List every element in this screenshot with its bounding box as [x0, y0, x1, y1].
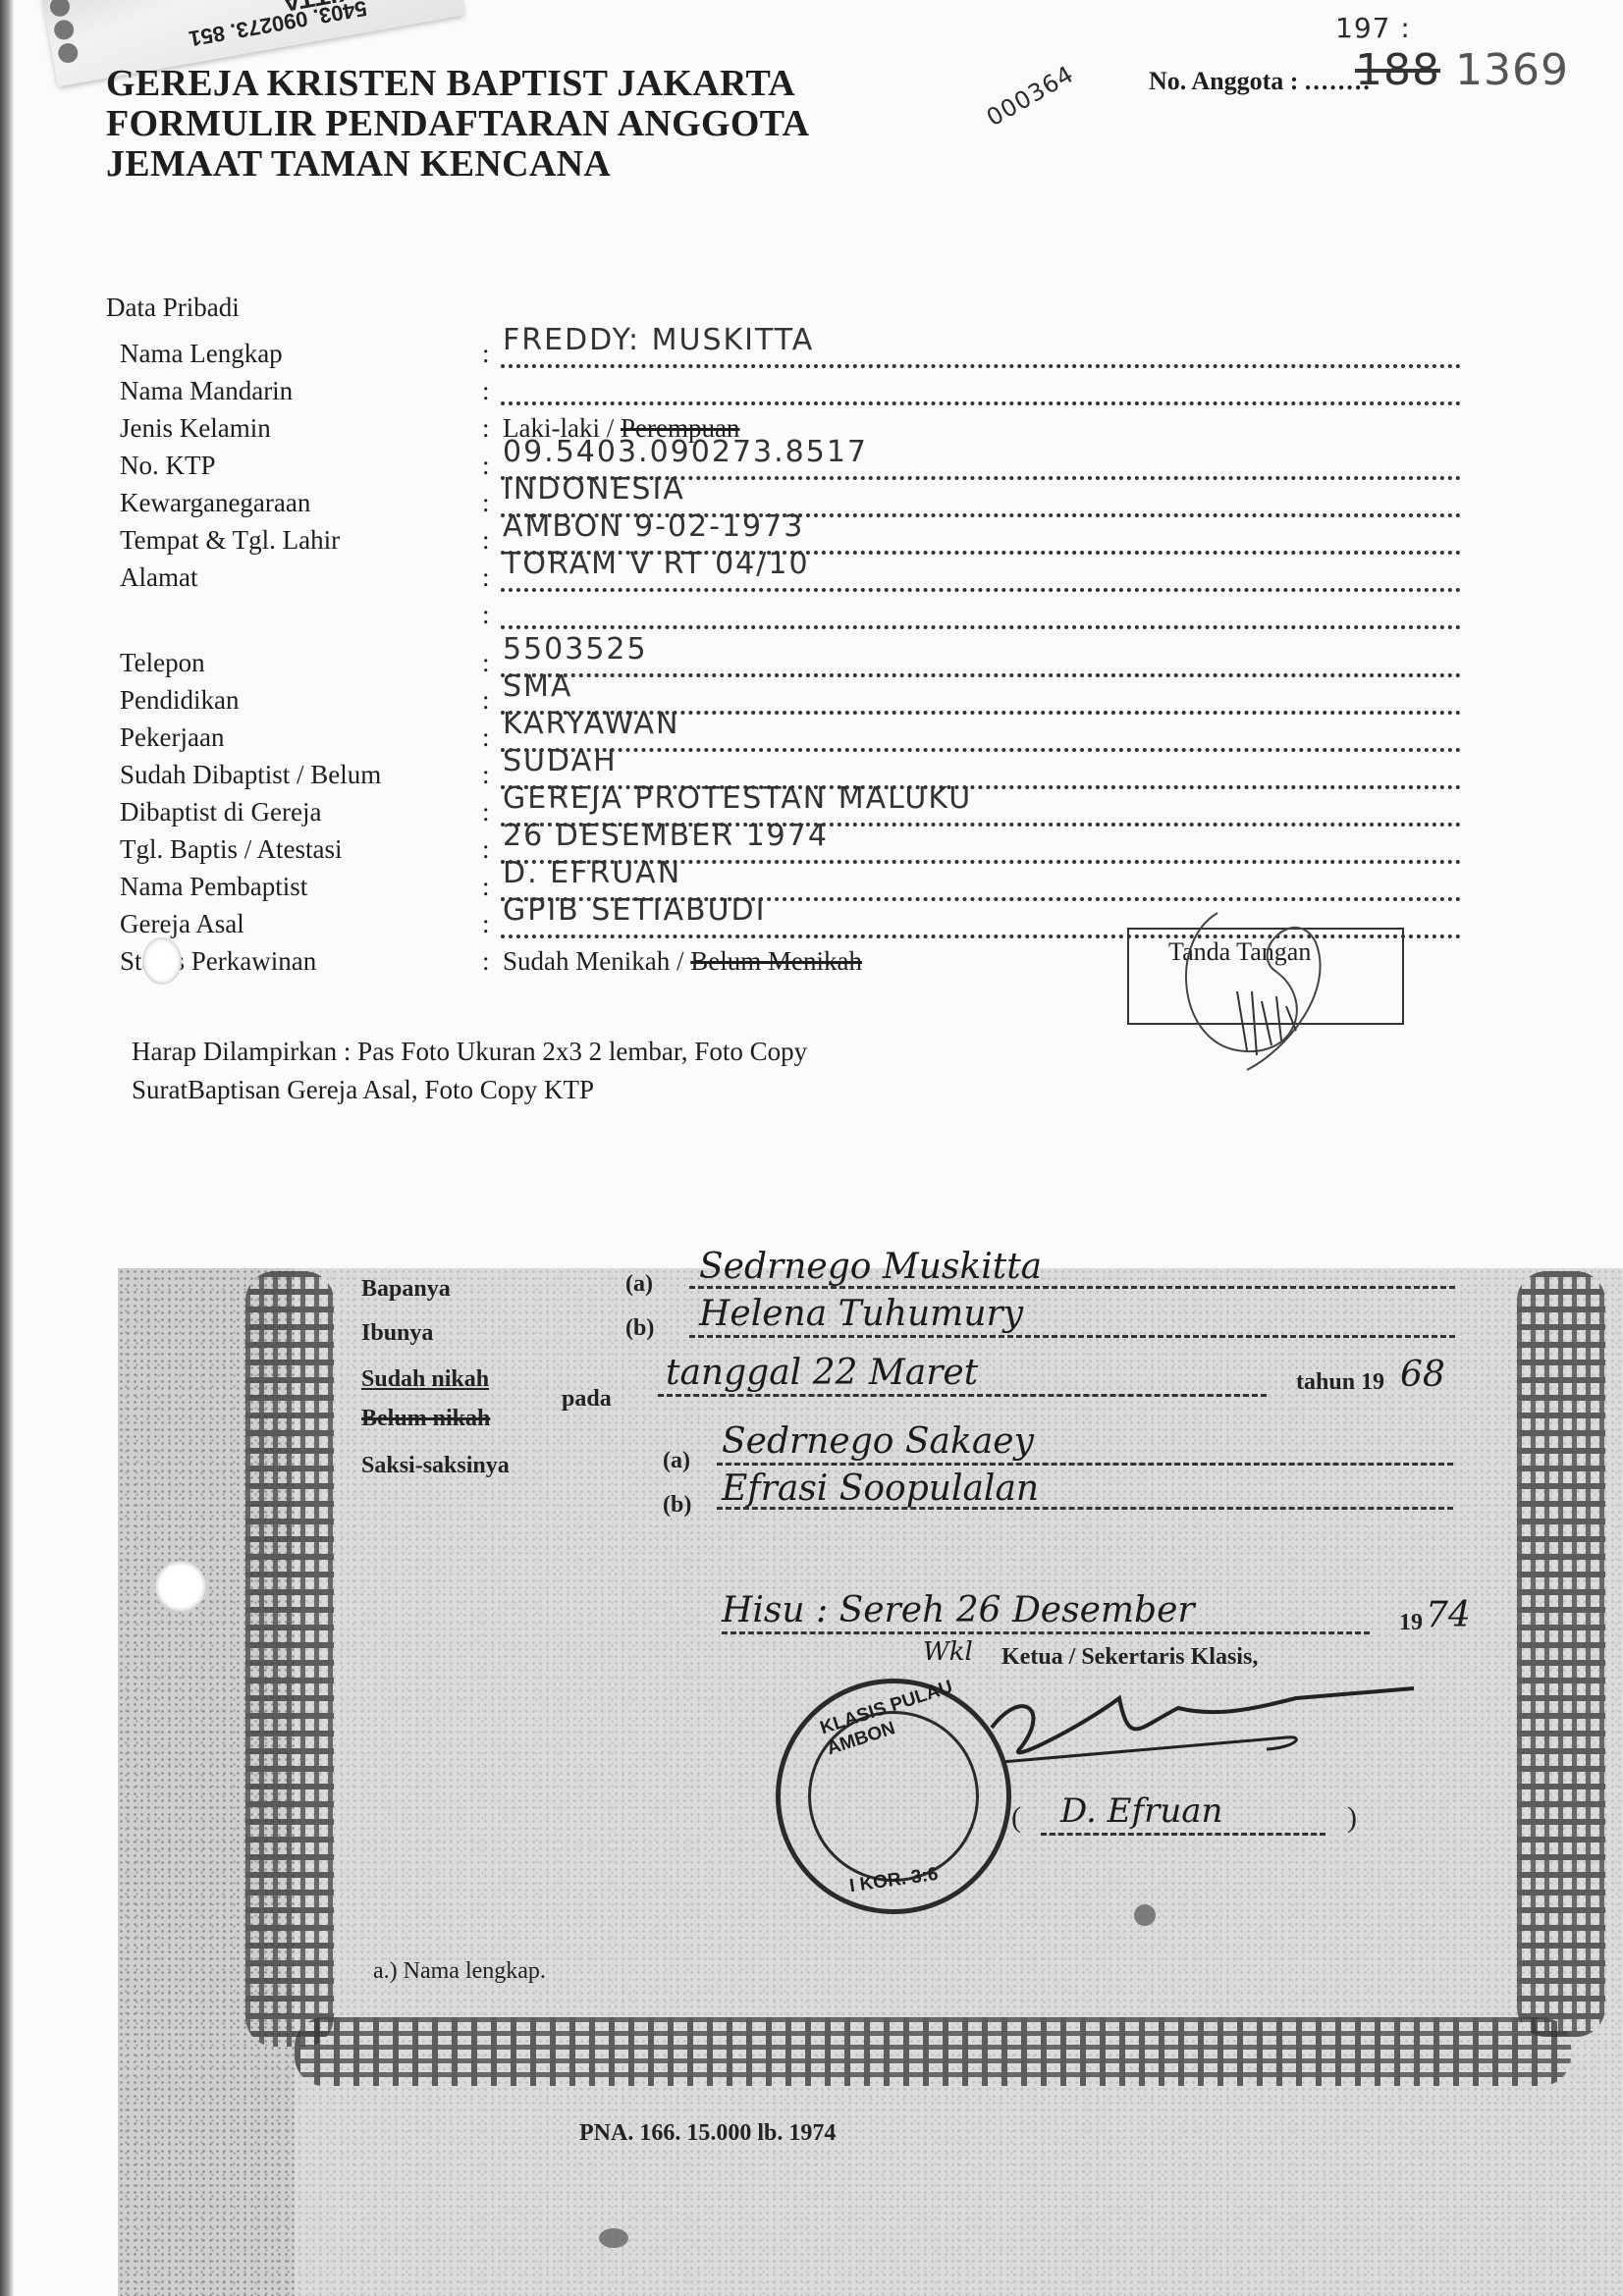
- year-value: 68: [1400, 1355, 1445, 1395]
- dotted-line: [501, 588, 1461, 592]
- dash-line: [717, 1463, 1453, 1466]
- father-value: Sedrnego Muskitta: [699, 1247, 1042, 1287]
- signer-prefix: Wkl: [923, 1637, 973, 1667]
- form-row: Nama Mandarin:: [106, 376, 1461, 411]
- field-colon: :: [482, 946, 490, 977]
- field-label: Tgl. Baptis / Atestasi: [120, 834, 343, 865]
- member-number-handwritten-top: 197 :: [1335, 12, 1411, 44]
- dash-line: [717, 1507, 1453, 1510]
- punch-hole: [142, 937, 182, 985]
- witness-a-value: Sedrnego Sakaey: [722, 1421, 1034, 1462]
- place-date-value: Hisu : Sereh 26 Desember: [722, 1590, 1195, 1630]
- attachments-note: Harap Dilampirkan : Pas Foto Ukuran 2x3 …: [132, 1033, 807, 1109]
- witness-b-marker: (b): [663, 1492, 691, 1519]
- field-colon: :: [482, 339, 490, 369]
- church-stamp: KLASIS PULAU AMBON I KOR. 3:6: [776, 1679, 1011, 1914]
- form-header: GEREJA KRISTEN BAPTIST JAKARTA FORMULIR …: [106, 64, 809, 185]
- member-number-field[interactable]: No. Anggota : ........: [1149, 67, 1372, 96]
- field-colon: :: [482, 525, 490, 556]
- field-colon: :: [482, 488, 490, 518]
- field-value[interactable]: GEREJA PROTESTAN MALUKU: [503, 781, 972, 816]
- member-number-value: 1369: [1455, 45, 1569, 95]
- ornament-border-left: [245, 1271, 334, 2047]
- field-colon: :: [482, 797, 490, 828]
- field-value[interactable]: KARYAWAN: [503, 707, 679, 741]
- field-colon: :: [482, 760, 490, 790]
- mother-marker: (b): [625, 1315, 654, 1342]
- congregation-name: JEMAAT TAMAN KENCANA: [106, 144, 809, 185]
- married-label: Sudah nikah: [361, 1366, 489, 1393]
- signer-title: Ketua / Sekertaris Klasis,: [1001, 1644, 1258, 1671]
- field-label: Pekerjaan: [120, 722, 224, 753]
- form-row: Pekerjaan:KARYAWAN: [106, 722, 1461, 758]
- church-name: GEREJA KRISTEN BAPTIST JAKARTA: [106, 64, 809, 104]
- field-label: Nama Mandarin: [120, 376, 293, 406]
- field-label: Tempat & Tgl. Lahir: [120, 525, 340, 556]
- member-number-struck: 188: [1355, 45, 1440, 95]
- field-value[interactable]: SUDAH: [503, 744, 618, 778]
- dotted-line: [501, 748, 1461, 752]
- field-colon: :: [482, 834, 490, 865]
- member-number-label: No. Anggota :: [1149, 67, 1298, 95]
- dash-line: [1041, 1833, 1325, 1836]
- unmarried-label: Belum nikah: [361, 1406, 490, 1432]
- field-value[interactable]: 26 DESEMBER 1974: [503, 819, 829, 853]
- field-value[interactable]: GPIB SETIABUDI: [503, 893, 766, 928]
- field-value[interactable]: TORAM V RT 04/10: [503, 547, 810, 581]
- field-value[interactable]: D. EFRUAN: [503, 856, 681, 890]
- signer-name-open-paren: (: [1011, 1801, 1021, 1835]
- footnote: a.) Nama lengkap.: [373, 1958, 546, 1985]
- form-row: Telepon:5503525: [106, 648, 1461, 683]
- struck-option: Belum Menikah: [690, 946, 862, 976]
- field-colon: :: [482, 562, 490, 593]
- section-title: Data Pribadi: [106, 294, 240, 321]
- field-colon: :: [482, 909, 490, 939]
- scan-edge: [0, 0, 14, 2296]
- dotted-line: [501, 673, 1461, 677]
- dotted-line: [501, 364, 1461, 368]
- witness-b-value: Efrasi Soopulalan: [722, 1468, 1039, 1509]
- witness-a-marker: (a): [663, 1448, 690, 1474]
- married-date-value: tanggal 22 Maret: [666, 1353, 978, 1393]
- field-label: Dibaptist di Gereja: [120, 797, 321, 828]
- punch-hole: [155, 1561, 206, 1612]
- ornament-border-right: [1517, 1271, 1605, 2037]
- year-label: tahun 19: [1296, 1369, 1384, 1396]
- form-row: Alamat:TORAM V RT 04/10: [106, 562, 1461, 598]
- dash-line: [658, 1394, 1267, 1397]
- attachments-note-line: SuratBaptisan Gereja Asal, Foto Copy KTP: [132, 1071, 807, 1109]
- ink-spot: [1134, 1904, 1156, 1926]
- field-colon: :: [482, 685, 490, 716]
- ornament-border-bottom: [295, 2017, 1571, 2086]
- signer-name-close-paren: ): [1347, 1801, 1357, 1835]
- field-label: Jenis Kelamin: [120, 413, 271, 444]
- pada-label: pada: [562, 1386, 612, 1413]
- mother-value: Helena Tuhumury: [699, 1294, 1023, 1334]
- field-value[interactable]: FREDDY: MUSKITTA: [503, 323, 814, 357]
- field-value[interactable]: 09.5403.090273.8517: [503, 435, 868, 469]
- place-year-value: 74: [1426, 1595, 1471, 1635]
- field-value[interactable]: AMBON 9-02-1973: [503, 509, 804, 544]
- field-label: Kewarganegaraan: [120, 488, 310, 518]
- print-code: PNA. 166. 15.000 lb. 1974: [579, 2120, 836, 2147]
- signer-name: D. Efruan: [1060, 1791, 1222, 1831]
- place-year-label: 19: [1399, 1610, 1423, 1636]
- field-colon: :: [482, 600, 490, 630]
- field-label: Nama Pembaptist: [120, 872, 307, 902]
- seal-icons: [48, 0, 86, 76]
- field-label: Pendidikan: [120, 685, 240, 716]
- form-row: Nama Lengkap:FREDDY: MUSKITTA: [106, 339, 1461, 374]
- signature-scribble: [1159, 883, 1384, 1080]
- field-label: Nama Lengkap: [120, 339, 283, 369]
- field-value[interactable]: INDONESIA: [503, 472, 685, 507]
- field-value[interactable]: SMA: [503, 669, 572, 704]
- field-value[interactable]: 5503525: [503, 632, 648, 667]
- field-colon: :: [482, 413, 490, 444]
- field-label: Telepon: [120, 648, 205, 678]
- dash-line: [689, 1335, 1455, 1338]
- dash-line: [689, 1286, 1455, 1289]
- father-marker: (a): [625, 1271, 653, 1298]
- mother-label: Ibunya: [361, 1320, 433, 1347]
- dotted-line: [501, 625, 1461, 629]
- field-colon: :: [482, 722, 490, 753]
- field-colon: :: [482, 376, 490, 406]
- father-label: Bapanya: [361, 1276, 451, 1303]
- form-row: Tgl. Baptis / Atestasi:26 DESEMBER 1974: [106, 834, 1461, 870]
- field-colon: :: [482, 648, 490, 678]
- form-row: :: [106, 600, 1461, 635]
- selected-option: Sudah Menikah /: [503, 946, 690, 976]
- field-colon: :: [482, 872, 490, 902]
- attachments-note-line: Harap Dilampirkan : Pas Foto Ukuran 2x3 …: [132, 1033, 807, 1071]
- field-label: Sudah Dibaptist / Belum: [120, 760, 381, 790]
- dash-line: [722, 1631, 1370, 1634]
- form-row: Pendidikan:SMA: [106, 685, 1461, 721]
- dotted-line: [501, 401, 1461, 405]
- member-number-handwritten: 188 1369: [1355, 45, 1569, 95]
- field-label: Alamat: [120, 562, 197, 593]
- field-label: Gereja Asal: [120, 909, 244, 939]
- form-title: FORMULIR PENDAFTARAN ANGGOTA: [106, 104, 809, 144]
- form-row: No. KTP:09.5403.090273.8517: [106, 451, 1461, 486]
- witnesses-label: Saksi-saksinya: [361, 1453, 510, 1479]
- field-option[interactable]: Sudah Menikah / Belum Menikah: [503, 946, 862, 977]
- klasis-signature: [962, 1669, 1434, 1787]
- field-colon: :: [482, 451, 490, 481]
- field-label: No. KTP: [120, 451, 216, 481]
- ink-spot: [599, 2228, 628, 2248]
- personal-data-form: Data Pribadi: [106, 294, 240, 325]
